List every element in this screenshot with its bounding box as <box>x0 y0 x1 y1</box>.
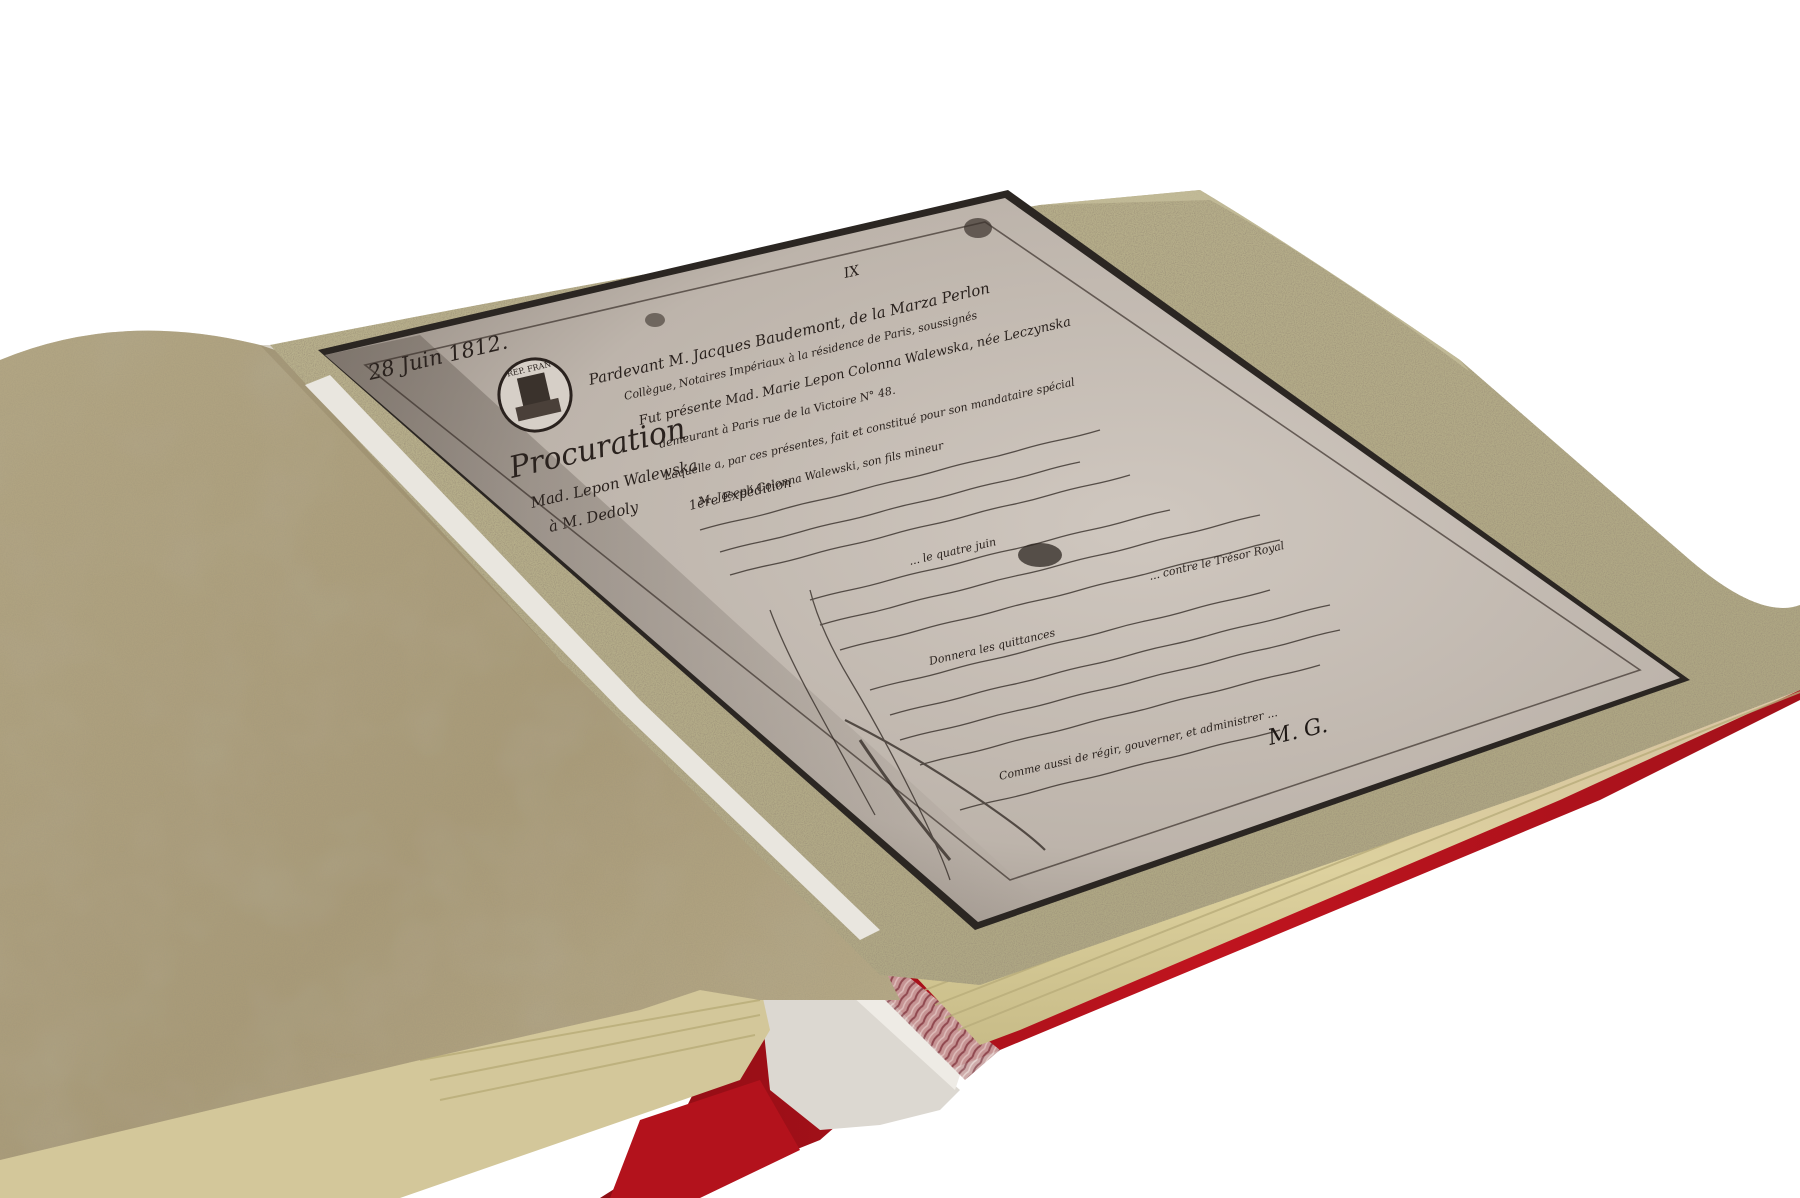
photo-scene: 28 Juin 1812. IX REP. FRAN Procuration M… <box>0 0 1800 1198</box>
book-illustration: 28 Juin 1812. IX REP. FRAN Procuration M… <box>0 0 1800 1198</box>
